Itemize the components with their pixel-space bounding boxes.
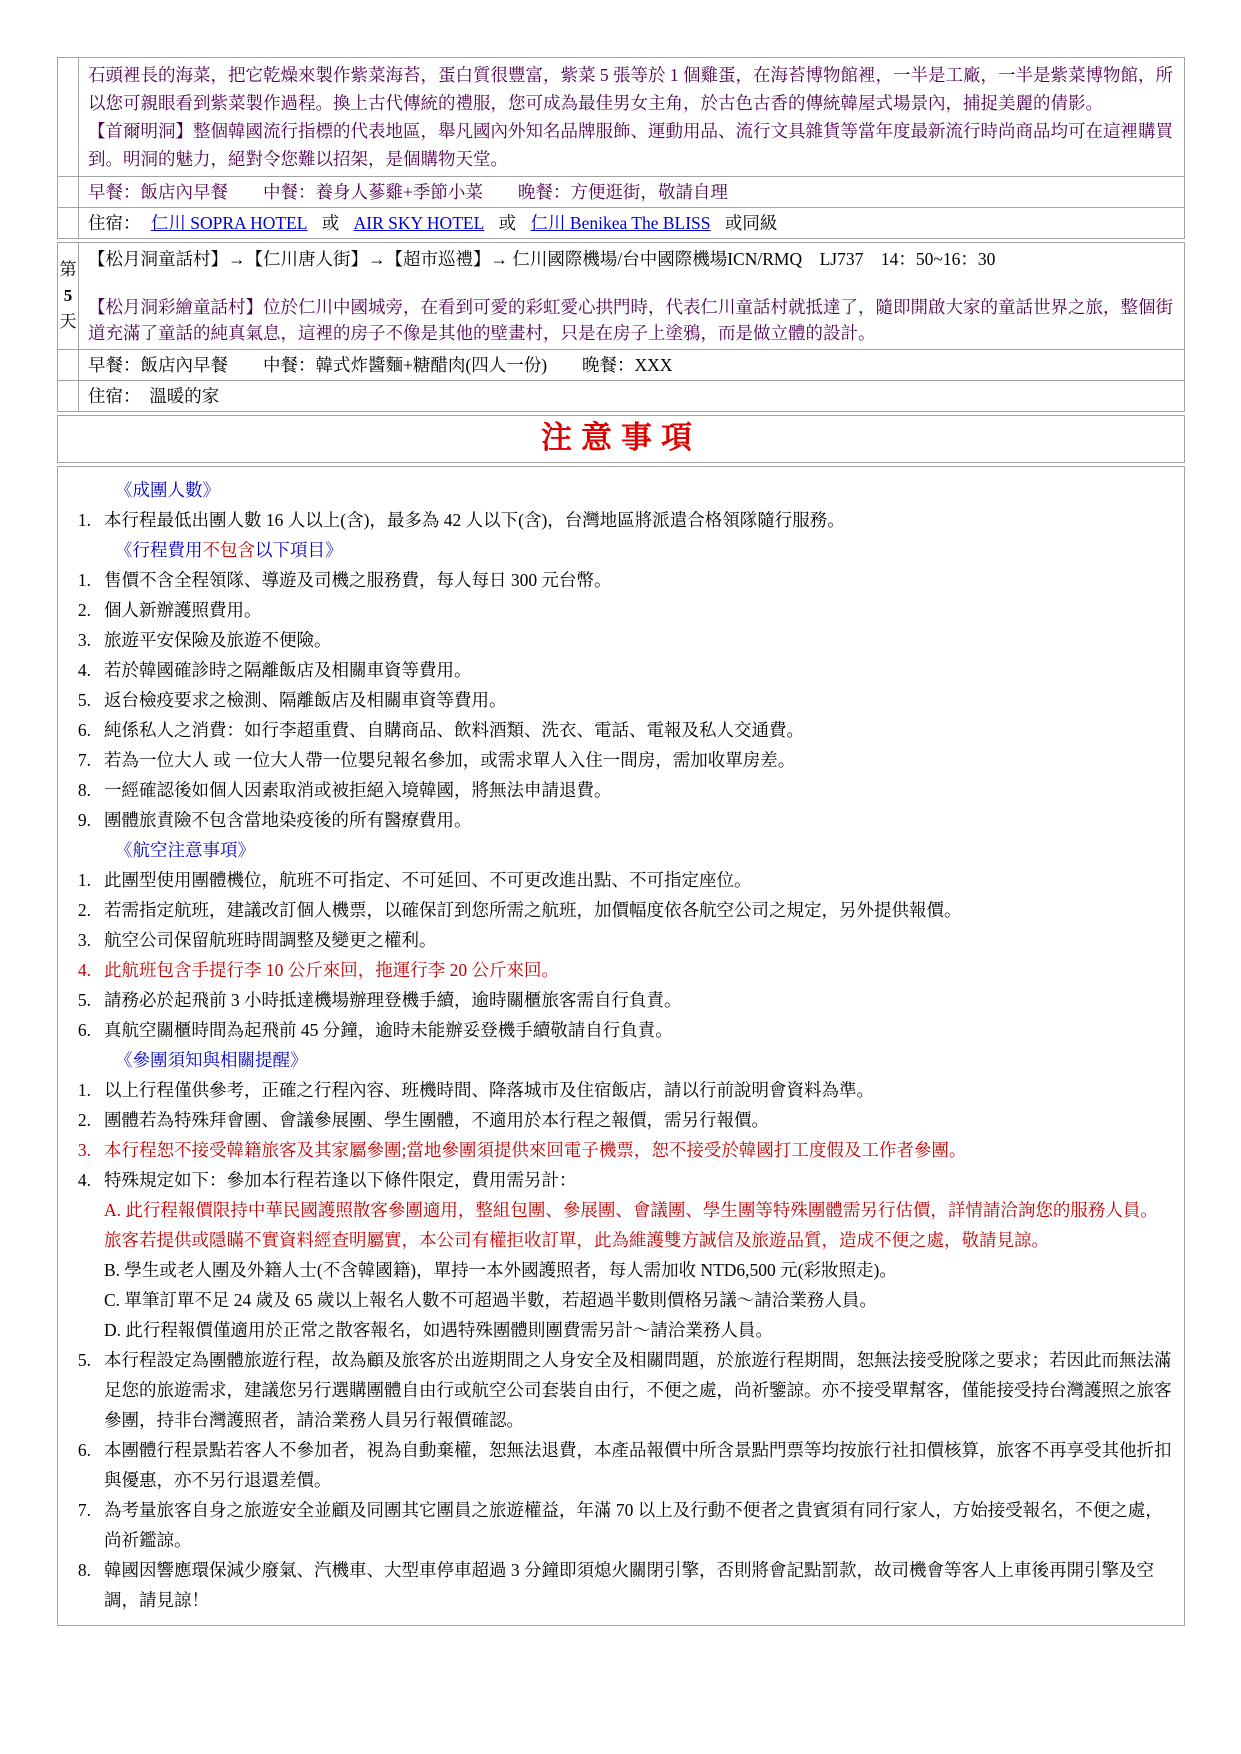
notice-section-header: 《成團人數》 xyxy=(115,475,1184,505)
day5-day-column-meals xyxy=(58,350,79,380)
notice-item-text: 以上行程僅供參考，正確之行程內容、班機時間、降落城市及住宿飯店，請以行前說明會資… xyxy=(104,1075,1184,1105)
notice-item-number: 1. xyxy=(58,565,104,595)
notice-item-number: 1. xyxy=(58,505,104,535)
notice-section-header: 《航空注意事項》 xyxy=(115,835,1184,865)
notice-item: 6.本團體行程景點若客人不參加者，視為自動棄權，恕無法退費，本產品報價中所含景點… xyxy=(58,1435,1184,1495)
notice-section-header: 《行程費用不包含以下項目》 xyxy=(115,535,1184,565)
notice-item: 4.此航班包含手提行李 10 公斤來回，拖運行李 20 公斤來回。 xyxy=(58,955,1184,985)
notice-item: 6.純係私人之消費：如行李超重費、自購商品、飲料酒類、洗衣、電話、電報及私人交通… xyxy=(58,715,1184,745)
notice-item-number: 6. xyxy=(58,1435,104,1495)
notice-item-text: 此團型使用團體機位，航班不可指定、不可延回、不可更改進出點、不可指定座位。 xyxy=(104,865,1184,895)
notice-item-number: 5. xyxy=(58,685,104,715)
notice-item-number: 7. xyxy=(58,1495,104,1555)
day-label-char-2: 天 xyxy=(60,309,77,335)
day4-day-column xyxy=(58,58,79,176)
notice-subitem: A. 此行程報價限持中華民國護照散客參團適用，整組包團、參展團、會議團、學生團等… xyxy=(104,1195,1174,1255)
notice-title-block: 注意事項 xyxy=(57,415,1185,463)
notice-subitem: B. 學生或老人團及外籍人士(不含韓國籍)，單持一本外國護照者，每人需加收 NT… xyxy=(104,1255,1174,1285)
day5-day-label: 第 5 天 xyxy=(58,243,79,349)
notice-item-text: 一經確認後如個人因素取消或被拒絕入境韓國，將無法申請退費。 xyxy=(104,775,1184,805)
day4-day-column-lodging xyxy=(58,208,79,238)
notice-item-number: 2. xyxy=(58,595,104,625)
notice-item-text: 個人新辦護照費用。 xyxy=(104,595,1184,625)
notice-item: 4.特殊規定如下：參加本行程若逢以下條件限定，費用需另計：A. 此行程報價限持中… xyxy=(58,1165,1184,1345)
notice-item: 8.一經確認後如個人因素取消或被拒絕入境韓國，將無法申請退費。 xyxy=(58,775,1184,805)
notice-item: 1.售價不含全程領隊、導遊及司機之服務費，每人每日 300 元台幣。 xyxy=(58,565,1184,595)
day4-paragraph-myeongdong: 【首爾明洞】整個韓國流行指標的代表地區，舉凡國內外知名品牌服飾、運動用品、流行文… xyxy=(88,117,1176,173)
notice-item: 1.此團型使用團體機位，航班不可指定、不可延回、不可更改進出點、不可指定座位。 xyxy=(58,865,1184,895)
notice-body: 《成團人數》1.本行程最低出團人數 16 人以上(含)，最多為 42 人以下(含… xyxy=(58,475,1184,1615)
notice-item: 7.為考量旅客自身之旅遊安全並顧及同團其它團員之旅遊權益，年滿 70 以上及行動… xyxy=(58,1495,1184,1555)
notice-item-number: 5. xyxy=(58,1345,104,1435)
notice-item-number: 1. xyxy=(58,1075,104,1105)
day4-meals-text: 早餐：飯店內早餐 中餐：養身人蔘雞+季節小菜 晚餐：方便逛街，敬請自理 xyxy=(79,177,1184,207)
notice-item-text: 售價不含全程領隊、導遊及司機之服務費，每人每日 300 元台幣。 xyxy=(104,565,1184,595)
notice-item-text: 請務必於起飛前 3 小時抵達機場辦理登機手續，逾時關櫃旅客需自行負責。 xyxy=(104,985,1184,1015)
notice-item-number: 6. xyxy=(58,715,104,745)
notice-subitem: D. 此行程報價僅適用於正常之散客報名，如遇特殊團體則團費需另計～請洽業務人員。 xyxy=(104,1315,1174,1345)
notice-item: 2.若需指定航班，建議改訂個人機票，以確保訂到您所需之航班，加價幅度依各航空公司… xyxy=(58,895,1184,925)
notice-item-number: 8. xyxy=(58,775,104,805)
notice-item: 8.韓國因響應環保減少廢氣、汽機車、大型車停車超過 3 分鐘即須熄火關閉引擎，否… xyxy=(58,1555,1184,1615)
itinerary-document: 石頭裡長的海菜，把它乾燥來製作紫菜海苔，蛋白質很豐富，紫菜 5 張等於 1 個雞… xyxy=(57,57,1185,1629)
notice-item: 6.真航空關櫃時間為起飛前 45 分鐘，逾時未能辦妥登機手續敬請自行負責。 xyxy=(58,1015,1184,1045)
day-label-number: 5 xyxy=(64,283,73,309)
day5-meals-text: 早餐：飯店內早餐 中餐：韓式炸醬麵+糖醋肉(四人一份) 晚餐：XXX xyxy=(79,350,1184,380)
notice-item: 1.本行程最低出團人數 16 人以上(含)，最多為 42 人以下(含)，台灣地區… xyxy=(58,505,1184,535)
notice-item-text: 純係私人之消費：如行李超重費、自購商品、飲料酒類、洗衣、電話、電報及私人交通費。 xyxy=(104,715,1184,745)
day5-day-column-lodging xyxy=(58,381,79,411)
notice-item: 5.返台檢疫要求之檢測、隔離飯店及相關車資等費用。 xyxy=(58,685,1184,715)
notice-item-number: 2. xyxy=(58,895,104,925)
notice-item-text: 此航班包含手提行李 10 公斤來回，拖運行李 20 公斤來回。 xyxy=(104,955,1184,985)
spacer xyxy=(88,272,1176,294)
notice-item: 4.若於韓國確診時之隔離飯店及相關車資等費用。 xyxy=(58,655,1184,685)
notice-item-number: 6. xyxy=(58,1015,104,1045)
notice-item-number: 3. xyxy=(58,625,104,655)
day5-meals-row: 早餐：飯店內早餐 中餐：韓式炸醬麵+糖醋肉(四人一份) 晚餐：XXX xyxy=(58,349,1184,380)
notice-body-block: 《成團人數》1.本行程最低出團人數 16 人以上(含)，最多為 42 人以下(含… xyxy=(57,466,1185,1626)
day5-lodging-text: 住宿： 溫暖的家 xyxy=(79,381,1184,411)
notice-item-text: 本行程恕不接受韓籍旅客及其家屬參團;當地參團須提供來回電子機票，恕不接受於韓國打… xyxy=(104,1135,1184,1165)
notice-item-text: 團體旅責險不包含當地染疫後的所有醫療費用。 xyxy=(104,805,1184,835)
notice-item-number: 3. xyxy=(58,1135,104,1165)
notice-item-number: 3. xyxy=(58,925,104,955)
day5-route-line: 【松月洞童話村】→【仁川唐人街】→【超市巡禮】→ 仁川國際機場/台中國際機場IC… xyxy=(88,246,1176,272)
day4-paragraph-seaweed: 石頭裡長的海菜，把它乾燥來製作紫菜海苔，蛋白質很豐富，紫菜 5 張等於 1 個雞… xyxy=(88,61,1176,117)
notice-item-text: 為考量旅客自身之旅遊安全並顧及同團其它團員之旅遊權益，年滿 70 以上及行動不便… xyxy=(104,1495,1184,1555)
notice-subitem: C. 單筆訂單不足 24 歲及 65 歲以上報名人數不可超過半數，若超過半數則價… xyxy=(104,1285,1174,1315)
notice-item: 3.航空公司保留航班時間調整及變更之權利。 xyxy=(58,925,1184,955)
notice-item: 5.本行程設定為團體旅遊行程，故為顧及旅客於出遊期間之人身安全及相關問題，於旅遊… xyxy=(58,1345,1184,1435)
notice-item-text: 真航空關櫃時間為起飛前 45 分鐘，逾時未能辦妥登機手續敬請自行負責。 xyxy=(104,1015,1184,1045)
notice-item: 1.以上行程僅供參考，正確之行程內容、班機時間、降落城市及住宿飯店，請以行前說明… xyxy=(58,1075,1184,1105)
notice-item: 3.本行程恕不接受韓籍旅客及其家屬參團;當地參團須提供來回電子機票，恕不接受於韓… xyxy=(58,1135,1184,1165)
notice-item: 2.團體若為特殊拜會團、會議參展團、學生團體，不適用於本行程之報價，需另行報價。 xyxy=(58,1105,1184,1135)
day4-lodging-row: 住宿： 仁川 SOPRA HOTEL 或 AIR SKY HOTEL 或 仁川 … xyxy=(58,207,1184,238)
day5-description: 【松月洞彩繪童話村】位於仁川中國城旁，在看到可愛的彩虹愛心拱門時，代表仁川童話村… xyxy=(88,294,1176,346)
notice-item: 3.旅遊平安保險及旅遊不便險。 xyxy=(58,625,1184,655)
or-same-grade-label: 或同級 xyxy=(725,213,778,233)
notice-item-number: 7. xyxy=(58,745,104,775)
hotel-link-benikea[interactable]: 仁川 Benikea The BLISS xyxy=(531,213,711,233)
notice-item-number: 4. xyxy=(58,655,104,685)
notice-item-text: 本行程最低出團人數 16 人以上(含)，最多為 42 人以下(含)，台灣地區將派… xyxy=(104,505,1184,535)
notice-item-text: 返台檢疫要求之檢測、隔離飯店及相關車資等費用。 xyxy=(104,685,1184,715)
notice-item-number: 5. xyxy=(58,985,104,1015)
notice-item: 9.團體旅責險不包含當地染疫後的所有醫療費用。 xyxy=(58,805,1184,835)
or-separator: 或 xyxy=(322,213,340,233)
notice-item: 5.請務必於起飛前 3 小時抵達機場辦理登機手續，逾時關櫃旅客需自行負責。 xyxy=(58,985,1184,1015)
notice-item-text: 本行程設定為團體旅遊行程，故為顧及旅客於出遊期間之人身安全及相關問題，於旅遊行程… xyxy=(104,1345,1184,1435)
notice-section-header: 《參團須知與相關提醒》 xyxy=(115,1045,1184,1075)
notice-title: 注意事項 xyxy=(541,420,701,456)
day4-meals-row: 早餐：飯店內早餐 中餐：養身人蔘雞+季節小菜 晚餐：方便逛街，敬請自理 xyxy=(58,176,1184,207)
notice-item-number: 8. xyxy=(58,1555,104,1615)
notice-item-text: 若為一位大人 或 一位大人帶一位嬰兒報名參加，或需求單人入住一間房，需加收單房差… xyxy=(104,745,1184,775)
notice-item-number: 2. xyxy=(58,1105,104,1135)
notice-item-text: 若於韓國確診時之隔離飯店及相關車資等費用。 xyxy=(104,655,1184,685)
day5-lodging-row: 住宿： 溫暖的家 xyxy=(58,380,1184,411)
notice-item-text: 旅遊平安保險及旅遊不便險。 xyxy=(104,625,1184,655)
notice-item-number: 4. xyxy=(58,1165,104,1345)
notice-item: 2.個人新辦護照費用。 xyxy=(58,595,1184,625)
day5-block: 第 5 天 【松月洞童話村】→【仁川唐人街】→【超市巡禮】→ 仁川國際機場/台中… xyxy=(57,242,1185,412)
day4-description-row: 石頭裡長的海菜，把它乾燥來製作紫菜海苔，蛋白質很豐富，紫菜 5 張等於 1 個雞… xyxy=(58,58,1184,176)
day4-day-column-meals xyxy=(58,177,79,207)
notice-item-text: 團體若為特殊拜會團、會議參展團、學生團體，不適用於本行程之報價，需另行報價。 xyxy=(104,1105,1184,1135)
notice-item-number: 1. xyxy=(58,865,104,895)
day4-block: 石頭裡長的海菜，把它乾燥來製作紫菜海苔，蛋白質很豐富，紫菜 5 張等於 1 個雞… xyxy=(57,57,1185,239)
day-label-char-1: 第 xyxy=(60,257,77,283)
lodging-label: 住宿： xyxy=(88,213,141,233)
notice-item-text: 若需指定航班，建議改訂個人機票，以確保訂到您所需之航班，加價幅度依各航空公司之規… xyxy=(104,895,1184,925)
day4-lodging-cell: 住宿： 仁川 SOPRA HOTEL 或 AIR SKY HOTEL 或 仁川 … xyxy=(79,208,1184,238)
day5-main-row: 第 5 天 【松月洞童話村】→【仁川唐人街】→【超市巡禮】→ 仁川國際機場/台中… xyxy=(58,243,1184,349)
hotel-link-airsky[interactable]: AIR SKY HOTEL xyxy=(354,213,485,233)
notice-item: 7.若為一位大人 或 一位大人帶一位嬰兒報名參加，或需求單人入住一間房，需加收單… xyxy=(58,745,1184,775)
notice-item-text: 本團體行程景點若客人不參加者，視為自動棄權，恕無法退費，本產品報價中所含景點門票… xyxy=(104,1435,1184,1495)
notice-item-text: 韓國因響應環保減少廢氣、汽機車、大型車停車超過 3 分鐘即須熄火關閉引擎，否則將… xyxy=(104,1555,1184,1615)
notice-item-text: 航空公司保留航班時間調整及變更之權利。 xyxy=(104,925,1184,955)
or-separator-2: 或 xyxy=(499,213,517,233)
notice-item-number: 4. xyxy=(58,955,104,985)
hotel-link-sopra[interactable]: 仁川 SOPRA HOTEL xyxy=(151,213,308,233)
notice-item-number: 9. xyxy=(58,805,104,835)
notice-item-text: 特殊規定如下：參加本行程若逢以下條件限定，費用需另計：A. 此行程報價限持中華民… xyxy=(104,1165,1184,1345)
